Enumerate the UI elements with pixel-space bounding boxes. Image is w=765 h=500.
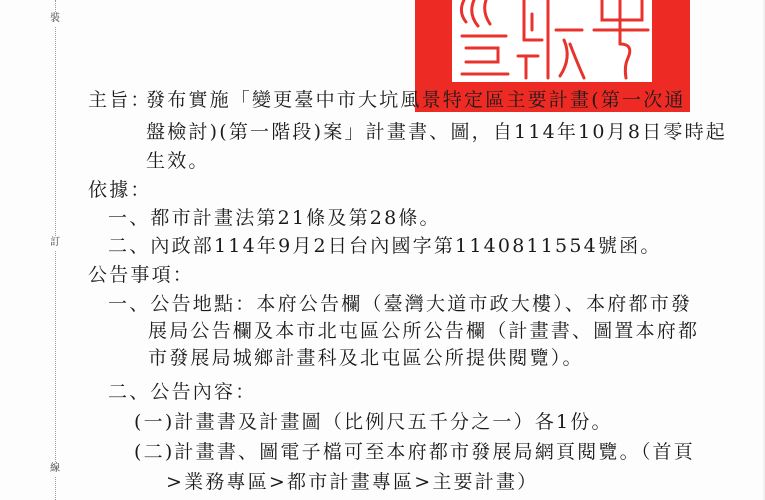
seal-inner-field: [452, 0, 652, 82]
binding-char-zhuang: 裝: [48, 12, 62, 26]
notice-label: 公告事項：: [88, 263, 194, 287]
document-page: 裝 訂 線: [0, 0, 765, 500]
subject-line-3: 生效。: [146, 149, 210, 173]
notice-item2-sub2-line-2: >業務專區>都市計畫專區>主要計畫）: [166, 470, 538, 494]
notice-item2-sub1: (一)計畫書及計畫圖（比例尺五千分之一）各1份。: [134, 410, 613, 434]
subject-text-1: 發布實施「變更臺中市大坑風景特定區主要計畫(第一次通: [146, 89, 686, 111]
notice-item1-line-2: 展局公告欄及本市北屯區公所公告欄（計畫書、圖置本府都: [148, 319, 699, 343]
basis-item-2: 二、內政部114年9月2日台內國字第1140811554號函。: [108, 234, 662, 258]
notice-item1-line-3: 市發展局城鄉計畫科及北屯區公所提供閱覽）。: [148, 346, 584, 370]
basis-item-1: 一、都市計畫法第21條及第28條。: [108, 206, 441, 230]
binding-char-xian: 線: [48, 462, 62, 476]
subject-line-2: 盤檢討)(第一階段)案」計畫書、圖，自114年10月8日零時起: [146, 120, 727, 144]
notice-item2-label: 二、公告內容：: [108, 380, 256, 404]
seal-glyphs-icon: [452, 0, 652, 82]
notice-item2-sub2-line-1: (二)計畫書、圖電子檔可至本府都市發展局網頁閱覽。（首頁: [134, 440, 695, 464]
notice-item1-line-1: 一、公告地點：本府公告欄（臺灣大道市政大樓）、本府都市發: [108, 292, 692, 316]
subject-line-1: 發布實施「變更臺中市大坑風景特定區主要計畫(第一次通: [146, 88, 686, 112]
binding-line: [55, 0, 56, 500]
binding-char-ding: 訂: [48, 236, 62, 250]
subject-label: 主旨：: [88, 88, 152, 112]
basis-label: 依據：: [88, 178, 152, 202]
